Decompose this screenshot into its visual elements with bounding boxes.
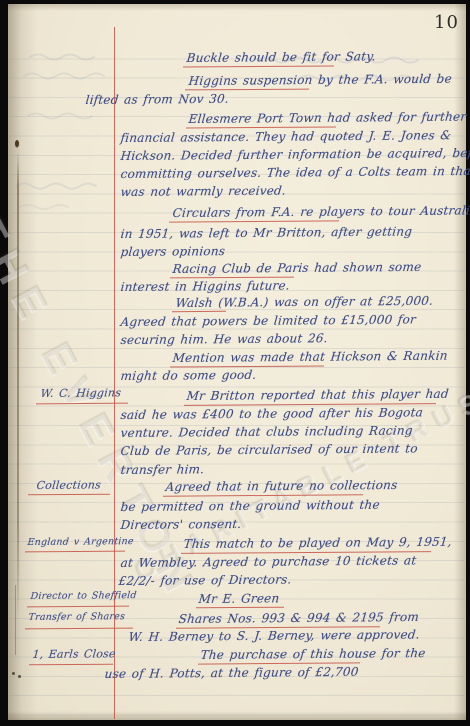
handwritten-line: transfer him. [120,462,205,477]
handwritten-line: The purchase of this house for the [200,646,426,662]
handwritten-line: said he was £400 to the good after his B… [120,405,424,422]
handwritten-line: Circulars from F.A. re players to tour A… [172,203,470,220]
binding-thread [17,150,19,620]
paper-speck [18,675,21,678]
margin-note: Transfer of Shares [28,611,126,623]
margin-note: 1, Earls Close [32,647,116,661]
handwritten-line: might do some good. [120,368,257,383]
handwritten-line: financial assistance. They had quoted J.… [120,128,452,145]
handwritten-line: Mr Britton reported that this player had [186,387,450,403]
handwritten-line: Club de Paris, be circularised of our in… [120,441,418,458]
handwritten-line: Ellesmere Port Town had asked for furthe… [188,110,467,126]
handwritten-line: venture. Decided that clubs including Ra… [120,423,413,440]
handwritten-line: Mr E. Green [198,591,280,606]
handwritten-line: securing him. He was about 26. [120,331,328,347]
binding-thread [15,585,16,655]
handwritten-line: players opinions [120,244,226,259]
handwritten-line: Racing Club de Paris had shown some [172,260,422,276]
handwritten-line: £2/2/- for use of Directors. [118,572,292,588]
handwritten-line: interest in Higgins future. [120,279,290,294]
handwritten-line: committing ourselves. The idea of a Colt… [120,164,470,181]
handwritten-line: in 1951, was left to Mr Britton, after g… [120,224,413,241]
handwritten-line: was not warmly received. [120,184,287,199]
minute-book-scan: THE EVERTON CHARITABLE TRUST 10 Buckle s… [0,0,470,726]
handwritten-line: W. H. Berney to S. J. Berney, were appro… [128,627,420,644]
handwritten-line: lifted as from Nov 30. [85,92,230,107]
handwritten-line: Agreed that in future no collections [165,478,398,494]
margin-note: Collections [36,478,102,492]
handwritten-line: be permitted on the ground without the [120,498,380,514]
handwritten-line: use of H. Potts, at the figure of £2,700 [104,665,359,681]
handwritten-line: Agreed that powers be limited to £15,000… [120,312,417,329]
handwritten-line: Mention was made that Hickson & Rankin [172,349,448,365]
handwritten-line: Directors' consent. [120,517,242,532]
margin-note: England v Argentine [27,536,134,548]
handwritten-line: at Wembley. Agreed to purchase 10 ticket… [120,553,417,570]
margin-note: Director to Sheffield [30,590,137,602]
handwritten-line: Shares Nos. 993 & 994 & 2195 from [178,610,420,626]
handwritten-line: Walsh (W.B.A.) was on offer at £25,000. [175,294,434,310]
margin-note: W. C. Higgins [40,386,122,400]
handwritten-line: Higgins suspension by the F.A. would be [188,72,453,88]
paper-speck [12,672,15,675]
printed-page-number: 10 [434,12,459,33]
binding-knot [15,140,19,147]
handwritten-line: This match to be played on May 9, 1951, [183,535,452,551]
handwritten-line: Buckle should be fit for Saty. [186,49,376,65]
